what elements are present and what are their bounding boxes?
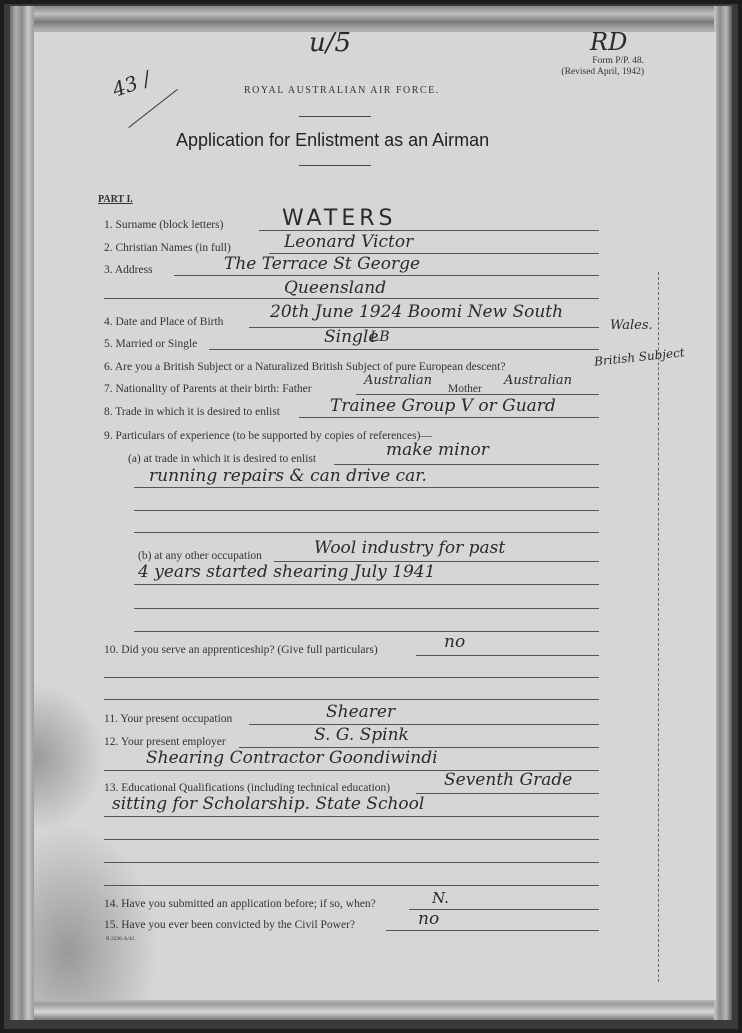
answer-line	[104, 885, 599, 886]
answer-line	[104, 816, 599, 817]
field-label: 4. Date and Place of Birth	[104, 316, 223, 328]
answer-line	[416, 655, 599, 656]
field-label: (b) at any other occupation	[138, 550, 262, 562]
field-label: 7. Nationality of Parents at their birth…	[104, 383, 312, 395]
answer-line	[174, 275, 599, 276]
field-label: 13. Educational Qualifications (includin…	[104, 782, 390, 794]
experience-other-value-line2: 4 years started shearing July 1941	[138, 562, 435, 582]
field-label: 9. Particulars of experience (to be supp…	[104, 430, 432, 442]
divider	[299, 165, 371, 166]
answer-line	[134, 584, 599, 585]
field-label: 8. Trade in which it is desired to enlis…	[104, 406, 280, 418]
answer-line	[249, 724, 599, 725]
answer-line	[416, 793, 599, 794]
christian-names-value: Leonard Victor	[284, 232, 413, 252]
education-value: Seventh Grade	[444, 770, 572, 790]
field-label: 15. Have you ever been convicted by the …	[104, 919, 355, 931]
answer-line	[249, 327, 599, 328]
form-number-block: Form P/P. 48. (Revised April, 1942)	[464, 56, 644, 78]
mother-label: Mother	[448, 383, 482, 395]
answer-line	[104, 862, 599, 863]
answer-line	[104, 699, 599, 700]
answer-line	[299, 417, 599, 418]
address-value: The Terrace St George	[224, 254, 420, 274]
initials-mark: LB	[370, 329, 390, 345]
trade-value: Trainee Group V or Guard	[330, 396, 556, 416]
field-label: 2. Christian Names (in full)	[104, 242, 231, 254]
field-label: 6. Are you a British Subject or a Natura…	[104, 361, 505, 373]
annotation-right: RD	[590, 28, 627, 56]
form-number: Form P/P. 48.	[464, 56, 644, 67]
father-nationality-value: Australian	[364, 373, 432, 388]
answer-line	[209, 349, 599, 350]
field-label: 11. Your present occupation	[104, 713, 232, 725]
answer-line	[104, 839, 599, 840]
previous-application-value: N.	[432, 889, 449, 907]
conviction-value: no	[418, 909, 439, 929]
field-label: 14. Have you submitted an application be…	[104, 898, 376, 910]
organization: ROYAL AUSTRALIAN AIR FORCE.	[244, 85, 440, 96]
surname-value: WATERS	[282, 206, 396, 231]
annotation-left: 43 /	[109, 66, 153, 102]
field-label: 12. Your present employer	[104, 736, 226, 748]
part-label: PART I.	[98, 194, 133, 205]
field-label: (a) at trade in which it is desired to e…	[128, 453, 316, 465]
form-title: Application for Enlistment as an Airman	[176, 130, 489, 151]
enlistment-form: u/5 RD 43 / Form P/P. 48. (Revised April…	[34, 32, 716, 1000]
employer-value: S. G. Spink	[314, 725, 409, 745]
answer-line	[134, 510, 599, 511]
british-subject-value: British Subject	[594, 345, 686, 368]
experience-trade-value: make minor	[386, 440, 489, 460]
answer-line	[104, 677, 599, 678]
experience-trade-value-line2: running repairs & can drive car.	[149, 466, 427, 486]
answer-line	[134, 532, 599, 533]
birth-value: 20th June 1924 Boomi New South	[270, 302, 563, 322]
answer-line	[134, 631, 599, 632]
birth-value-line2: Wales.	[610, 318, 653, 333]
answer-line	[386, 930, 599, 931]
answer-line	[134, 608, 599, 609]
form-revision: (Revised April, 1942)	[464, 67, 644, 78]
experience-other-value: Wool industry for past	[314, 538, 505, 558]
field-label: 3. Address	[104, 264, 153, 276]
annotation-top: u/5	[309, 28, 351, 58]
answer-line	[134, 487, 599, 488]
field-label: 1. Surname (block letters)	[104, 219, 223, 231]
education-value-line2: sitting for Scholarship. State School	[112, 794, 424, 814]
footer-code: R.3236.A/42.	[106, 936, 136, 942]
occupation-value: Shearer	[326, 702, 395, 722]
apprenticeship-value: no	[444, 632, 465, 652]
divider	[299, 116, 371, 117]
mother-nationality-value: Australian	[504, 373, 572, 388]
answer-line	[104, 298, 599, 299]
field-label: 5. Married or Single	[104, 338, 197, 350]
field-label: 10. Did you serve an apprenticeship? (Gi…	[104, 644, 378, 656]
answer-line	[334, 464, 599, 465]
fold-line	[658, 272, 660, 982]
address-value-line2: Queensland	[284, 278, 386, 298]
employer-value-line2: Shearing Contractor Goondiwindi	[146, 748, 438, 768]
